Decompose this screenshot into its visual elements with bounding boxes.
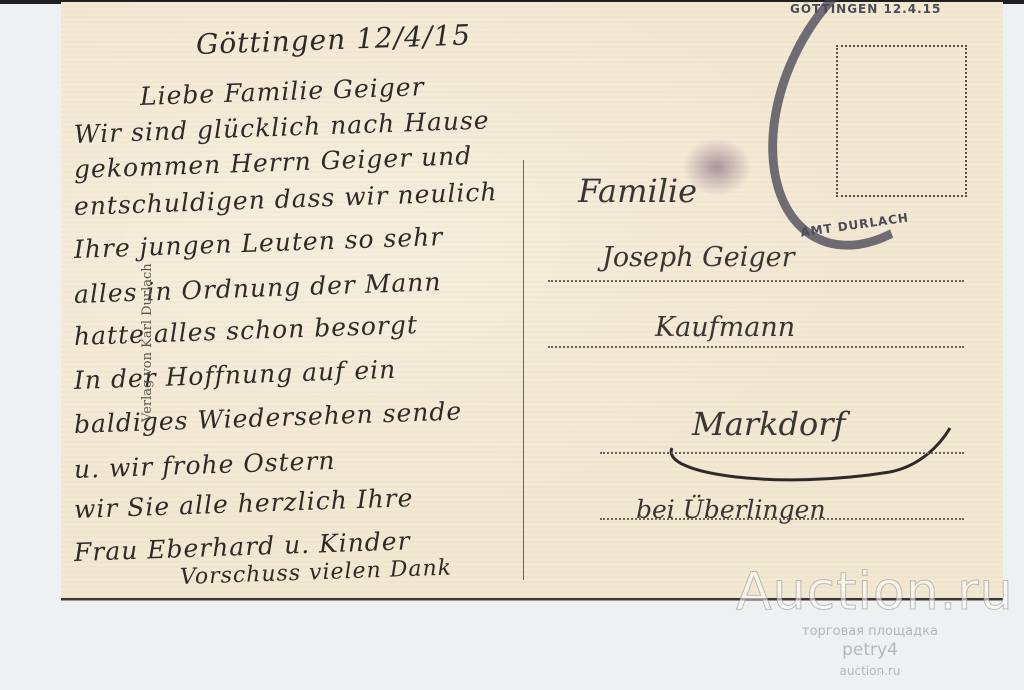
- postmark-top-text: GÖTTINGEN 12.4.15: [790, 2, 941, 16]
- address-dotted-line: [600, 518, 964, 520]
- stamp-placeholder-box: [836, 45, 967, 197]
- address-dotted-line: [600, 452, 964, 454]
- postcard-divider-line: [523, 160, 524, 580]
- watermark-seller: petry4: [780, 640, 960, 660]
- publisher-imprint: Verlag von Karl Durlach: [140, 263, 155, 422]
- address-dotted-line: [548, 346, 964, 348]
- watermark-brand: Auction.ru: [736, 562, 1014, 622]
- underline-flourish: [660, 420, 960, 495]
- address-line: Joseph Geiger: [602, 242, 795, 273]
- watermark-tagline: торговая площадка: [780, 624, 960, 639]
- address-line: Kaufmann: [655, 312, 795, 343]
- address-line: Familie: [578, 172, 697, 210]
- watermark-site: auction.ru: [780, 664, 960, 678]
- address-dotted-line: [548, 280, 964, 282]
